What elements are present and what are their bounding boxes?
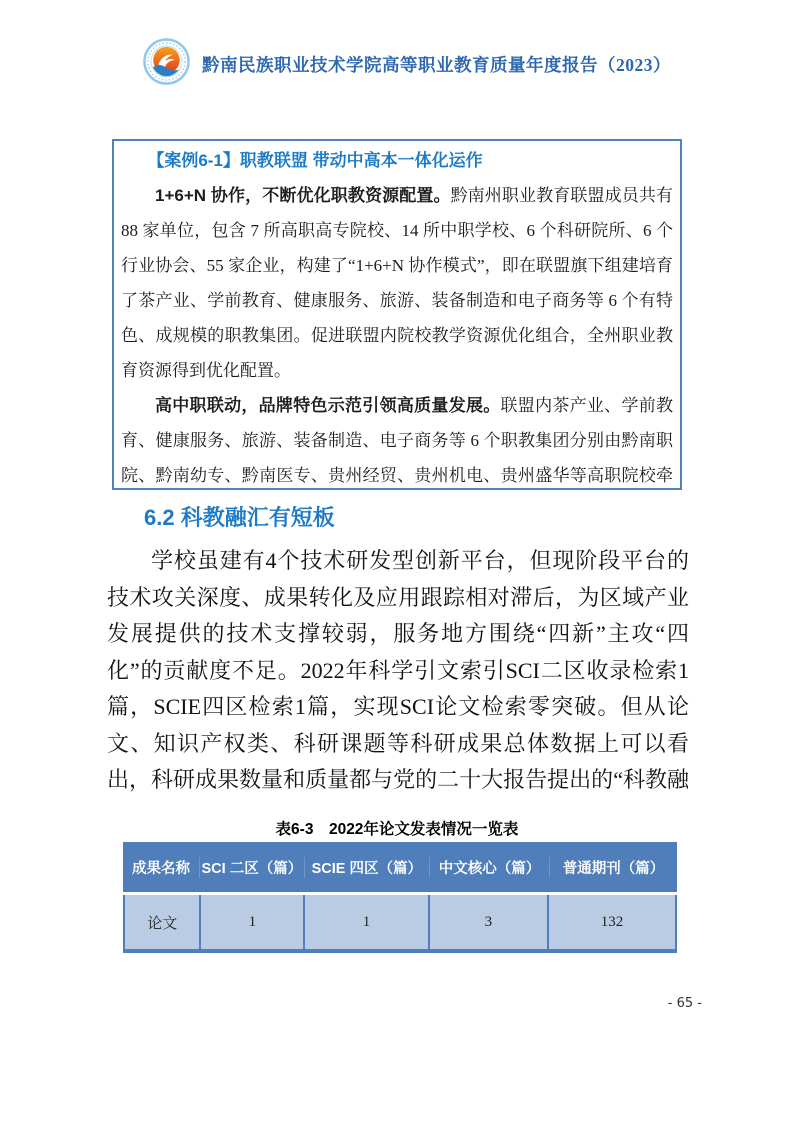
case-paragraph-1-lead: 1+6+N 协作，不断优化职教资源配置。 xyxy=(155,186,451,205)
header-cell-sci-zone2: SCI 二区（篇） xyxy=(200,857,305,878)
case-box-title: 【案例6-1】职教联盟 带动中高本一体化运作 xyxy=(121,147,673,174)
page-number: - 65 - xyxy=(668,996,702,1011)
table-caption: 表6-3 2022年论文发表情况一览表 xyxy=(112,817,682,839)
case-paragraph-1-body: 黔南州职业教育联盟成员共有 88 家单位，包含 7 所高职高专院校、14 所中职… xyxy=(121,186,673,380)
section-heading-6-2: 6.2 科教融汇有短板 xyxy=(144,501,335,532)
cell-chinese-core-count: 3 xyxy=(430,895,549,949)
table-row: 论文 1 1 3 132 xyxy=(123,895,677,953)
papers-table: 成果名称 SCI 二区（篇） SCIE 四区（篇） 中文核心（篇） 普通期刊（篇… xyxy=(123,842,677,953)
case-paragraph-1: 1+6+N 协作，不断优化职教资源配置。黔南州职业教育联盟成员共有 88 家单位… xyxy=(121,178,673,388)
header-cell-general-journal: 普通期刊（篇） xyxy=(550,857,677,878)
college-logo-icon xyxy=(142,38,191,90)
case-paragraph-2: 高中职联动，品牌特色示范引领高质量发展。联盟内茶产业、学前教育、健康服务、旅游、… xyxy=(121,388,673,490)
doc-header: 黔南民族职业技术学院高等职业教育质量年度报告（2023） xyxy=(142,38,671,90)
header-cell-chinese-core: 中文核心（篇） xyxy=(430,857,550,878)
report-page: 黔南民族职业技术学院高等职业教育质量年度报告（2023） 【案例6-1】职教联盟… xyxy=(0,0,793,1122)
table-header-row: 成果名称 SCI 二区（篇） SCIE 四区（篇） 中文核心（篇） 普通期刊（篇… xyxy=(123,842,677,892)
header-cell-result-name: 成果名称 xyxy=(123,857,200,878)
case-paragraph-2-lead: 高中职联动，品牌特色示范引领高质量发展。 xyxy=(155,396,501,415)
case-study-box: 【案例6-1】职教联盟 带动中高本一体化运作 1+6+N 协作，不断优化职教资源… xyxy=(112,139,682,490)
cell-scie-zone4-count: 1 xyxy=(305,895,429,949)
report-title: 黔南民族职业技术学院高等职业教育质量年度报告（2023） xyxy=(202,52,671,77)
cell-result-name: 论文 xyxy=(125,895,201,949)
cell-sci-zone2-count: 1 xyxy=(201,895,305,949)
cell-general-journal-count: 132 xyxy=(549,895,675,949)
header-cell-scie-zone4: SCIE 四区（篇） xyxy=(305,857,430,878)
section-body-paragraph: 学校虽建有4个技术研发型创新平台，但现阶段平台的技术攻关深度、成果转化及应用跟踪… xyxy=(107,543,689,803)
